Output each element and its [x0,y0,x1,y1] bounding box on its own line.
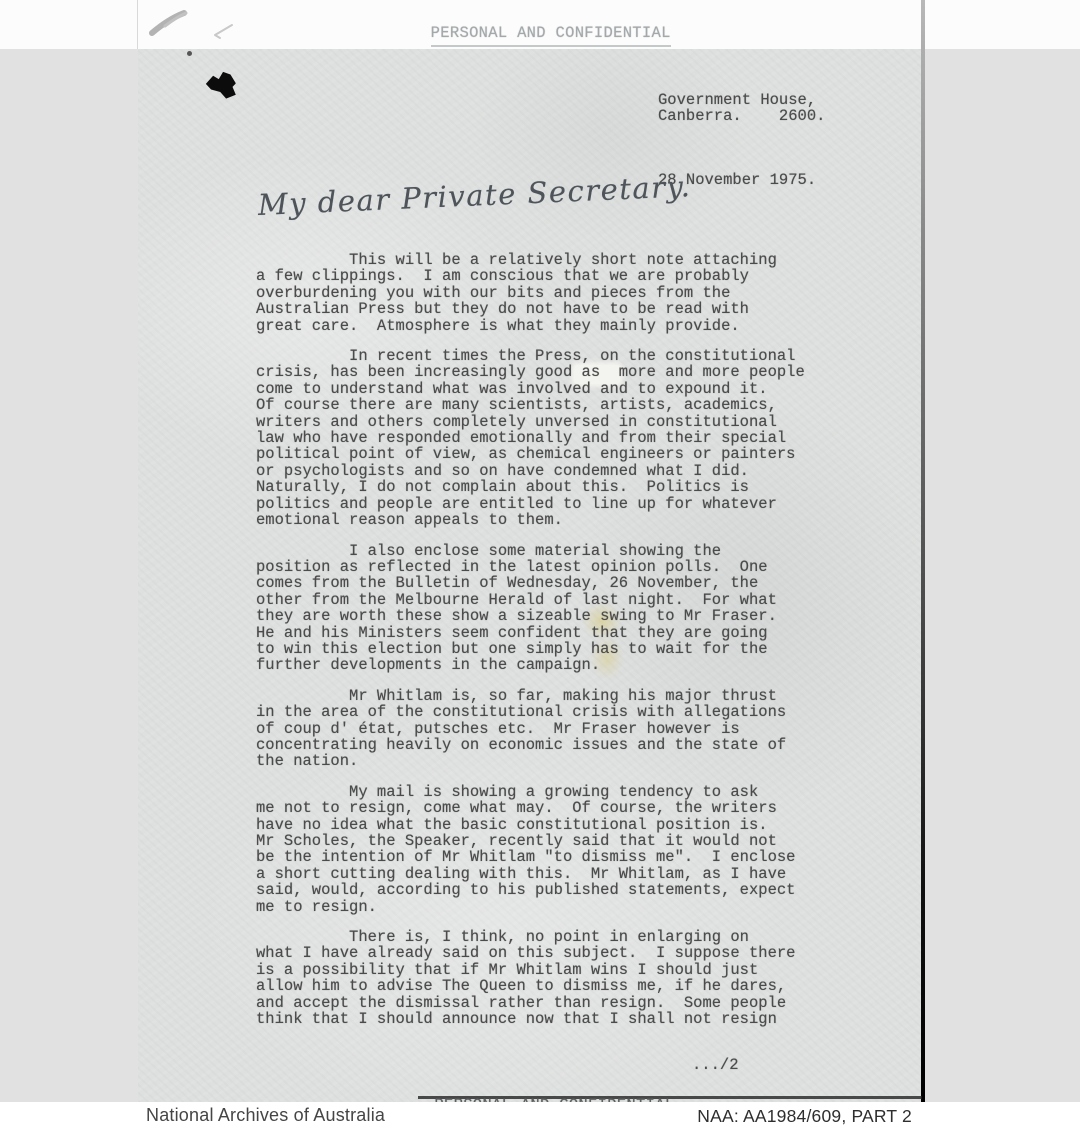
archive-info-bar: National Archives of Australia NAA: AA19… [0,1102,1080,1129]
letter-paragraph: My mail is showing a growing tendency to… [256,784,841,915]
archive-reference-label: NAA: AA1984/609, PART 2 [697,1106,912,1127]
classification-header-stamp: PERSONAL AND CONFIDENTIAL [138,6,925,65]
page-continuation-marker: .../2 [692,1056,739,1074]
classification-header-text: PERSONAL AND CONFIDENTIAL [431,24,671,47]
letter-paragraph: This will be a relatively short note att… [256,252,841,334]
scanned-letter-viewer: PERSONAL AND CONFIDENTIAL Government Hou… [0,0,1080,1129]
letter-paragraph: There is, I think, no point in enlarging… [256,929,841,1027]
letter-paragraph: Mr Whitlam is, so far, making his major … [256,688,841,770]
letter-paragraph: I also enclose some material showing the… [256,543,841,674]
letter-paragraph: In recent times the Press, on the consti… [256,348,841,528]
pencil-mark-artifacts [145,4,245,46]
letter-body: This will be a relatively short note att… [256,252,841,1041]
archive-source-label: National Archives of Australia [146,1105,385,1126]
letterhead-address: Government House, Canberra. 2600. [658,92,825,124]
page-edge-shadow-right [921,0,925,1102]
